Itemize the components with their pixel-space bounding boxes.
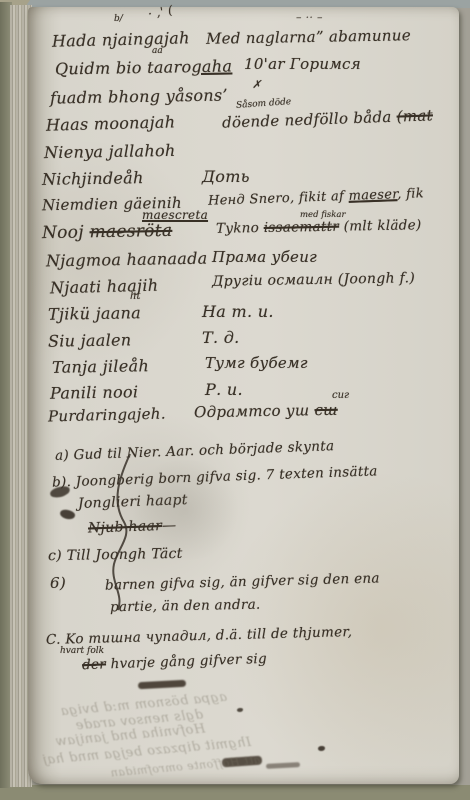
vocab-term: Purdaringajeh. (48, 404, 166, 425)
translation-struck: сш (314, 401, 338, 419)
translation-part: (mlt kläde) (339, 217, 422, 234)
vocab-translation: Тумг бубемг (205, 354, 308, 372)
translation-part: Одрамтсо уш (194, 401, 315, 421)
vocab-translation: Т. д. (202, 328, 240, 347)
vocab-translation: Med naglarna” abamunue (206, 26, 411, 48)
note-label: C. (46, 632, 61, 648)
translation-part: Tykno (216, 220, 264, 237)
vocab-translation: Одрамтсо уш сш (194, 401, 338, 422)
note-dash: — (162, 517, 177, 533)
term-underlined: gaha (191, 56, 232, 76)
interlinear-insert: maescreta (142, 208, 208, 222)
note-six-line2: partie, än den andra. (110, 597, 261, 616)
vocab-term: Nichjindeåh (42, 168, 144, 189)
vocab-term: Nienya jallahoh (44, 141, 176, 162)
vocab-superscript: b/ (114, 14, 123, 24)
note-label: c) (48, 548, 62, 564)
vocab-translation: На т. и. (202, 302, 274, 321)
manuscript-photo: · ,' ( – ·· – Hada njaingajah b/ Med nag… (0, 0, 470, 800)
vocab-translation: Р. и. (205, 380, 243, 399)
note-six-label: 6) (50, 574, 66, 592)
vocab-term: Quidm bio taarogaha (55, 56, 233, 78)
top-ink-marks-mid: – ·· – (296, 11, 323, 24)
vocab-term: Njagmoa haanaada (46, 249, 208, 271)
vocab-translation: 10'ar Горимся (244, 55, 361, 73)
vocab-term: Njaati haajih (50, 276, 159, 298)
vocab-term: Panili nooi (50, 382, 139, 403)
term-struck: maesröta (89, 221, 172, 242)
vocab-translation: Прама убеиг (212, 248, 317, 266)
interlinear-insert: сиг (332, 390, 349, 401)
note-c: c) Till Joongh Täct (48, 546, 183, 564)
note-text: Till Joongh Täct (67, 546, 183, 564)
note-label: a) (55, 447, 69, 463)
translation-struck: (mat (396, 106, 433, 125)
vocab-term: Nooj maesröta (42, 221, 173, 243)
background-bottom-strip (0, 785, 470, 800)
vocab-superscript: aa (152, 46, 163, 56)
interlinear-insert: med fiskar (300, 210, 346, 220)
note-struck: der (82, 656, 107, 673)
strike-mark: ✗ (252, 78, 262, 91)
vocab-term: Tanja jileåh (52, 356, 149, 377)
translation-struck: issaemattr (264, 219, 340, 236)
vocab-term: Haas moonajah (46, 112, 176, 134)
interlinear-insert: hvart folk (60, 646, 104, 656)
vocab-term: Hada njaingajah (52, 28, 190, 51)
vocab-translation: Доть (202, 167, 250, 186)
term-part: Nooj (42, 222, 90, 243)
vocab-term: fuadm bhong yåsons’ (50, 85, 228, 107)
vocab-superscript: ht (130, 291, 140, 302)
term-part: Quidm bio taaro (55, 57, 192, 78)
vocab-term: Tjikü jaana (48, 303, 141, 324)
translation-underlined: maeser (348, 187, 397, 204)
vocab-term: Siu jaalen (48, 330, 132, 350)
translation-part: , fik (397, 186, 424, 202)
